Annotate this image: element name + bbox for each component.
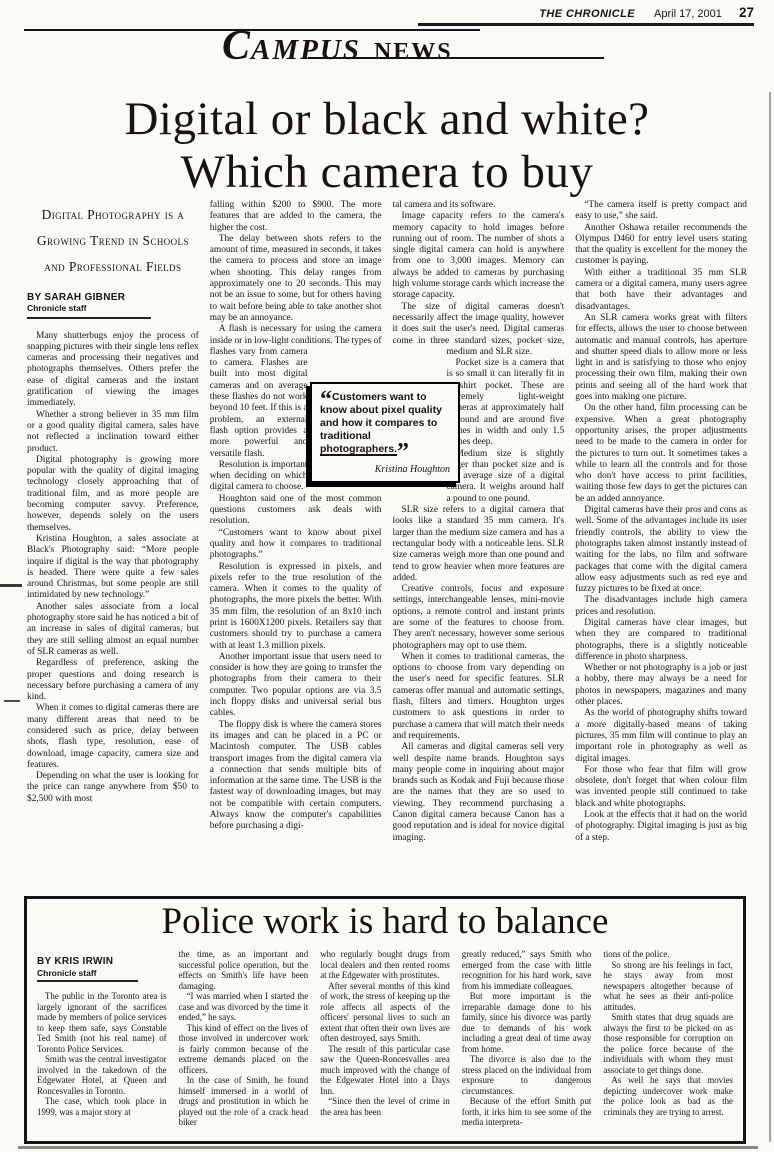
police-column-2: the time, as an important and successful… [179, 949, 309, 1135]
issue-date: April 17, 2001 [654, 8, 722, 20]
byline-title: Chronicle staff [27, 303, 151, 314]
scan-edge-artifact [769, 92, 771, 1142]
body-paragraph: Another important issue that users need … [210, 652, 382, 720]
body-paragraph: Creative controls, focus and exposure se… [393, 584, 565, 652]
body-paragraph: On the other hand, film processing can b… [575, 403, 747, 505]
police-column-1: BY KRIS IRWIN Chronicle staff The public… [37, 949, 167, 1135]
article-column-1: Digital Photography is a Growing Trend i… [27, 200, 199, 896]
body-paragraph: Another Oshawa retailer recommends the O… [575, 223, 747, 268]
pull-quote-attribution: Kristina Houghton [320, 463, 450, 476]
body-paragraph: Because of the effort Smith put forth, i… [462, 1096, 592, 1128]
body-paragraph: Depending on what the user is looking fo… [27, 771, 199, 805]
body-paragraph: tal camera and its software. [393, 200, 565, 211]
banner-rule-bottom [308, 57, 604, 59]
body-paragraph: In the case of Smith, he found himself i… [179, 1075, 309, 1128]
body-paragraph: So strong are his feelings in fact, he s… [603, 960, 733, 1013]
scan-dash-artifact [0, 584, 22, 587]
body-paragraph: Kristina Houghton, a sales associate at … [27, 534, 199, 602]
body-paragraph: The floppy disk is where the camera stor… [210, 720, 382, 833]
body-paragraph: greatly reduced,” says Smith who emerged… [462, 949, 592, 991]
body-paragraph: falling within $200 to $900. The more fe… [210, 200, 382, 234]
byline-block: BY SARAH GIBNER Chronicle staff [27, 292, 151, 319]
police-article: Police work is hard to balance BY KRIS I… [24, 896, 746, 1144]
police-byline-block: BY KRIS IRWIN Chronicle staff [37, 957, 138, 982]
body-paragraph: Regardless of preference, asking the pro… [27, 658, 199, 703]
body-paragraph: “Since then the level of crime in the ar… [320, 1096, 450, 1117]
banner-news: NEWS [374, 39, 453, 65]
article-column-2: falling within $200 to $900. The more fe… [210, 200, 382, 896]
folio: THE CHRONICLE April 17, 2001 27 [418, 5, 754, 26]
body-paragraph: Digital cameras have their pros and cons… [575, 505, 747, 595]
body-paragraph: As well he says that movies depicting un… [603, 1075, 733, 1117]
body-paragraph: Whether a strong believer in 35 mm film … [27, 410, 199, 455]
body-paragraph: “The camera itself is pretty compact and… [575, 200, 747, 223]
body-paragraph: An SLR camera works great with filters f… [575, 313, 747, 403]
banner-campus: AMPUS [251, 34, 361, 66]
body-paragraph: Smith was the central investigator invol… [37, 1054, 167, 1096]
body-paragraph: For those who fear that film will grow o… [575, 765, 747, 810]
pull-quote-underlined: photographers. [320, 443, 397, 455]
body-paragraph: tions of the police. [603, 949, 733, 960]
main-article: Digital Photography is a Growing Trend i… [27, 200, 747, 896]
standfirst: Digital Photography is a Growing Trend i… [29, 202, 197, 280]
body-paragraph: When it comes to traditional cameras, th… [393, 652, 565, 742]
body-paragraph: With either a traditional 35 mm SLR came… [575, 268, 747, 313]
police-byline: BY KRIS IRWIN [37, 957, 138, 968]
byline: BY SARAH GIBNER [27, 292, 151, 303]
body-paragraph: “I was married when I started the case a… [179, 991, 309, 1023]
body-paragraph: Many shutterbugs enjoy the process of sn… [27, 331, 199, 410]
body-paragraph: the time, as an important and successful… [179, 949, 309, 991]
main-headline: Digital or black and white? Which camera… [0, 93, 774, 199]
body-paragraph: This kind of effect on the lives of thos… [179, 1023, 309, 1076]
body-paragraph: The size of digital cameras doesn't nece… [393, 302, 565, 358]
body-paragraph: The result of this particular case saw t… [320, 1044, 450, 1097]
body-paragraph: The disadvantages include high camera pr… [575, 595, 747, 618]
body-paragraph: Resolution is expressed in pixels, and p… [210, 562, 382, 652]
body-paragraph: Whether or not photography is a job or j… [575, 663, 747, 708]
body-paragraph: The divorce is also due to the stress pl… [462, 1054, 592, 1096]
police-column-5: tions of the police. So strong are his f… [603, 949, 733, 1135]
headline-line-2: Which camera to buy [181, 146, 594, 198]
banner-initial: C [222, 23, 251, 69]
pull-quote-text: Customers want to know about pixel quali… [320, 391, 442, 442]
body-paragraph: Digital photography is growing more popu… [27, 455, 199, 534]
body-paragraph: The delay between shots refers to the am… [210, 234, 382, 324]
body-paragraph: As the world of photography shifts towar… [575, 708, 747, 764]
body-paragraph: Houghton said one of the most common que… [210, 494, 382, 528]
scan-strip-artifact [18, 1146, 758, 1149]
police-column-3: who regularly bought drugs from local de… [320, 949, 450, 1135]
body-paragraph: Image capacity refers to the camera's me… [393, 211, 565, 301]
body-paragraph: The case, which took place in 1999, was … [37, 1096, 167, 1117]
body-paragraph: After several months of this kind of wor… [320, 981, 450, 1044]
scan-dash-artifact [4, 700, 20, 702]
body-paragraph: The public in the Toronto area is largel… [37, 991, 167, 1054]
paper-name: THE CHRONICLE [539, 8, 635, 20]
body-paragraph: “Customers want to know about pixel qual… [210, 528, 382, 562]
pull-quote-box: “Customers want to know about pixel qual… [310, 382, 460, 483]
body-text: camera to camera. Flashes are built into… [210, 347, 308, 459]
body-text: SLR size. [495, 347, 531, 357]
police-column-4: greatly reduced,” says Smith who emerged… [462, 949, 592, 1135]
body-paragraph: But more important is the irreparable da… [462, 991, 592, 1054]
article-column-3: tal camera and its software. Image capac… [393, 200, 565, 896]
close-quote-mark: ” [397, 439, 409, 465]
body-paragraph: All cameras and digital cameras sell ver… [393, 742, 565, 844]
police-columns: BY KRIS IRWIN Chronicle staff The public… [37, 949, 733, 1135]
body-paragraph: Another sales associate from a local pho… [27, 602, 199, 658]
body-paragraph: Look at the effects that it had on the w… [575, 810, 747, 844]
police-headline: Police work is hard to balance [37, 902, 733, 942]
page-number: 27 [739, 5, 754, 20]
newspaper-page: THE CHRONICLE April 17, 2001 27 CAMPUS N… [0, 0, 774, 1152]
article-column-4: “The camera itself is pretty compact and… [575, 200, 747, 896]
body-paragraph: SLR size refers to a digital camera that… [393, 505, 565, 584]
police-byline-title: Chronicle staff [37, 968, 138, 979]
section-banner: CAMPUS NEWS [222, 22, 453, 70]
body-paragraph: who regularly bought drugs from local de… [320, 949, 450, 981]
body-paragraph: Smith states that drug squads are always… [603, 1012, 733, 1075]
body-paragraph: When it comes to digital cameras there a… [27, 703, 199, 771]
body-paragraph: Digital cameras have clear images, but w… [575, 618, 747, 663]
headline-line-1: Digital or black and white? [124, 93, 649, 145]
